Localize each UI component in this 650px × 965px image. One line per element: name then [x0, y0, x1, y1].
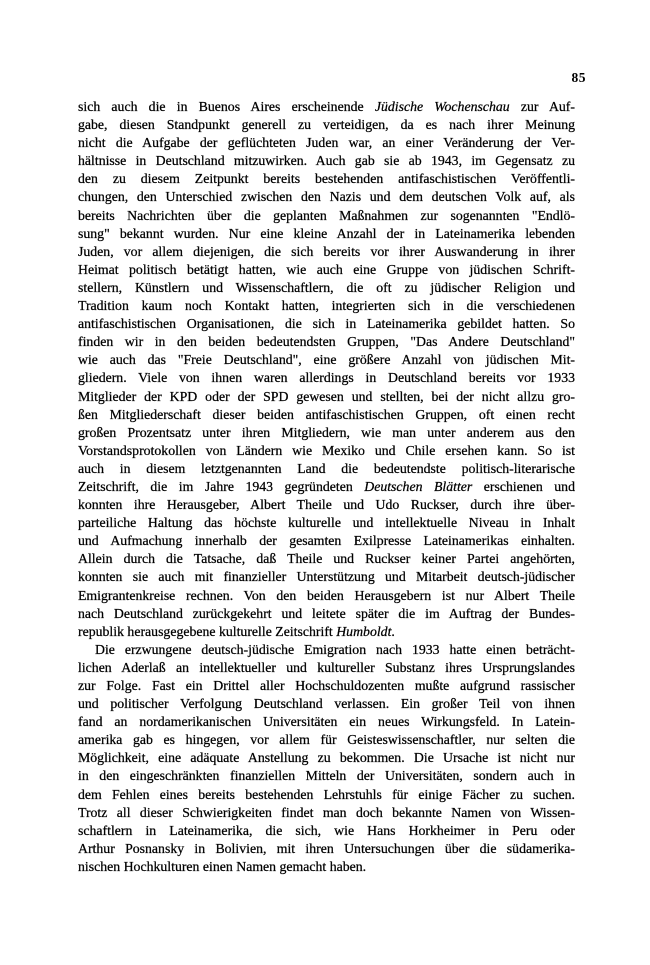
text-line: dem Fehlen eines bereits bestehenden Leh… [78, 786, 575, 804]
text-line: wie auch das "Freie Deutschland", eine g… [78, 351, 575, 369]
text-line: Heimat politisch betätigt hatten, wie au… [78, 261, 575, 279]
text-line: großen Prozentsatz unter ihren Mitgliede… [78, 424, 575, 442]
text-line: finden wir in den beiden bedeutendsten G… [78, 333, 575, 351]
italic-text: Deutschen Blätter [364, 479, 472, 494]
text-line: Allein durch die Tatsache, daß Theile un… [78, 550, 575, 568]
text-line: Die erzwungene deutsch-jüdische Emigrati… [78, 641, 575, 659]
text-block: sich auch die in Buenos Aires erscheinen… [78, 98, 575, 876]
paragraph: sich auch die in Buenos Aires erscheinen… [78, 98, 575, 641]
text-line: nicht die Aufgabe der geflüchteten Juden… [78, 134, 575, 152]
paragraph: Die erzwungene deutsch-jüdische Emigrati… [78, 641, 575, 876]
text-line: hältnisse in Deutschland mitzuwirken. Au… [78, 152, 575, 170]
text-line: gliedern. Viele von ihnen waren allerdin… [78, 369, 575, 387]
text-line: sung" bekannt wurden. Nur eine kleine An… [78, 225, 575, 243]
text-line: ßen Mitgliederschaft dieser beiden antif… [78, 406, 575, 424]
text-line: amerika gab es hingegen, vor allem für G… [78, 731, 575, 749]
text-line: Tradition kaum noch Kontakt hatten, inte… [78, 297, 575, 315]
text-line: Juden, vor allem diejenigen, die sich be… [78, 243, 575, 261]
text-line: Trotz all dieser Schwierigkeiten findet … [78, 804, 575, 822]
text-line: Vorstandsprotokollen von Ländern wie Mex… [78, 442, 575, 460]
text-line: chungen, den Unterschied zwischen den Na… [78, 188, 575, 206]
text-line: sich auch die in Buenos Aires erscheinen… [78, 98, 575, 116]
text-line: und Aufmachung innerhalb der gesamten Ex… [78, 532, 575, 550]
italic-text: Jüdische Wochenschau [375, 99, 510, 114]
text-line: in den eingeschränkten finanziellen Mitt… [78, 767, 575, 785]
text-line: fand an nordamerikanischen Universitäten… [78, 713, 575, 731]
text-line: konnten ihre Herausgeber, Albert Theile … [78, 496, 575, 514]
text-line: Zeitschrift, die im Jahre 1943 gegründet… [78, 478, 575, 496]
text-line: Möglichkeit, eine adäquate Anstellung zu… [78, 749, 575, 767]
text-line: schaftlern in Lateinamerika, die sich, w… [78, 822, 575, 840]
text-line: und politischer Verfolgung Deutschland v… [78, 695, 575, 713]
text-line: Mitglieder der KPD oder der SPD gewesen … [78, 388, 575, 406]
text-line: antifaschistischen Organisationen, die s… [78, 315, 575, 333]
text-line: stellern, Künstlern und Wissenschaftlern… [78, 279, 575, 297]
text-line: republik herausgegebene kulturelle Zeits… [78, 623, 575, 641]
italic-text: Humboldt [336, 624, 391, 639]
text-line: lichen Aderlaß an intellektueller und ku… [78, 659, 575, 677]
document-page: 85 sich auch die in Buenos Aires erschei… [0, 0, 650, 965]
text-line: konnten sie auch mit finanzieller Unters… [78, 568, 575, 586]
text-line: den zu diesem Zeitpunkt bereits bestehen… [78, 170, 575, 188]
text-line: bereits Nachrichten über die geplanten M… [78, 207, 575, 225]
text-line: nischen Hochkulturen einen Namen gemacht… [78, 858, 575, 876]
text-line: nach Deutschland zurückgekehrt und leite… [78, 605, 575, 623]
page-number: 85 [572, 70, 587, 86]
text-line: Emigrantenkreise rechnen. Von den beiden… [78, 587, 575, 605]
text-line: zur Folge. Fast ein Drittel aller Hochsc… [78, 677, 575, 695]
text-line: auch in diesem letztgenannten Land die b… [78, 460, 575, 478]
text-line: Arthur Posnansky in Bolivien, mit ihren … [78, 840, 575, 858]
text-line: gabe, diesen Standpunkt generell zu vert… [78, 116, 575, 134]
text-line: parteiliche Haltung das höchste kulturel… [78, 514, 575, 532]
